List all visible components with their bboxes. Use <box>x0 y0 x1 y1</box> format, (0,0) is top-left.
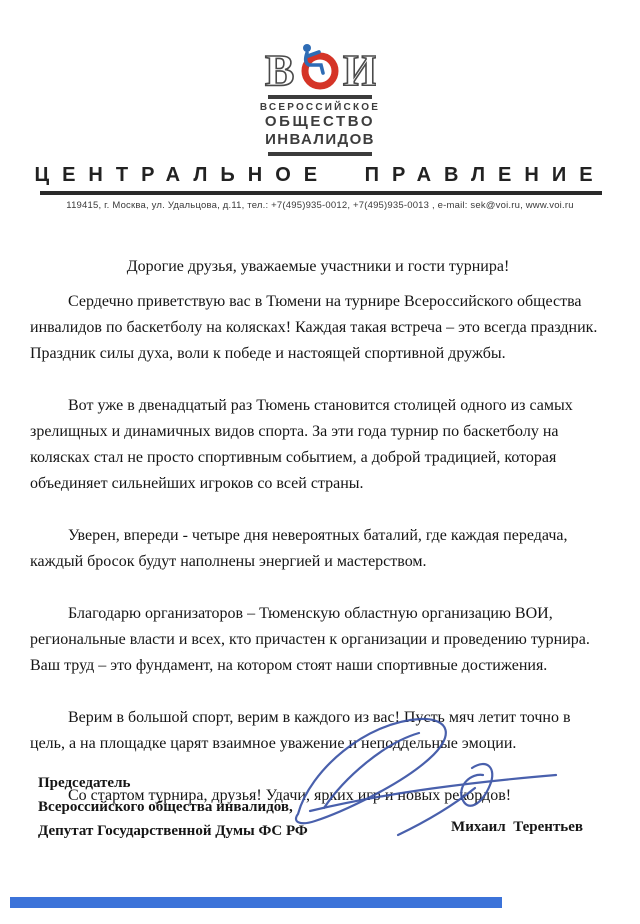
logo-top-rule <box>268 95 372 99</box>
letterhead: В И ВСЕРОССИЙСКОЕ ОБЩЕСТВО ИНВАЛИДОВ <box>256 42 384 159</box>
department-title: ЦЕНТРАЛЬНОЕ ПРАВЛЕНИЕ <box>0 164 640 187</box>
footer-accent-bar <box>10 897 502 908</box>
org-name-line1: ВСЕРОССИЙСКОЕ <box>256 102 384 113</box>
logo-bottom-rule <box>268 152 372 156</box>
svg-text:В: В <box>265 46 294 92</box>
paragraph: Сердечно приветствую вас в Тюмени на тур… <box>30 289 606 367</box>
svg-text:И: И <box>343 46 376 92</box>
paragraph: Вот уже в двенадцатый раз Тюмень станови… <box>30 393 606 497</box>
signer-title-line: Депутат Государственной Думы ФС РФ <box>38 819 308 843</box>
paragraph: Благодарю организаторов – Тюменскую обла… <box>30 601 606 679</box>
address-line: 119415, г. Москва, ул. Удальцова, д.11, … <box>0 200 640 211</box>
paragraph: Уверен, впереди - четыре дня невероятных… <box>30 523 606 575</box>
title-underline-rule <box>40 191 602 195</box>
signer-title-line: Председатель <box>38 771 308 795</box>
voi-logo-icon: В И <box>264 42 376 92</box>
org-name-line3: ИНВАЛИДОВ <box>256 131 384 149</box>
signer-name: Михаил Терентьев <box>451 819 583 836</box>
salutation: Дорогие друзья, уважаемые участники и го… <box>30 254 606 280</box>
signer-titles: Председатель Всероссийского общества инв… <box>38 771 308 843</box>
wheel-icon <box>305 56 335 86</box>
signer-title-line: Всероссийского общества инвалидов, <box>38 795 308 819</box>
org-name-line2: ОБЩЕСТВО <box>256 113 384 131</box>
